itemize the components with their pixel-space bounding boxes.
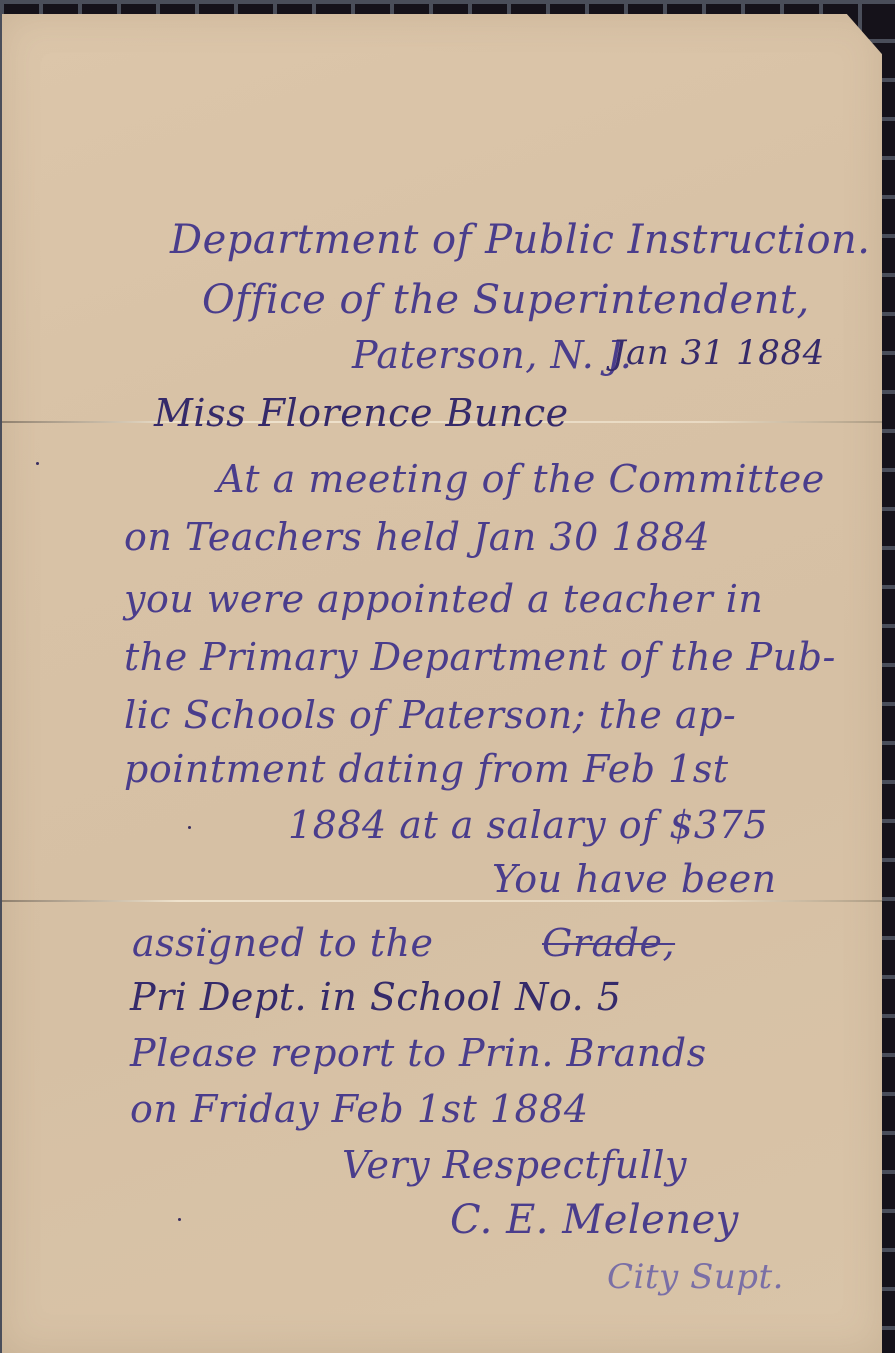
ink-speck — [36, 462, 39, 465]
body-line: You have been — [492, 860, 777, 898]
salutation: Miss Florence Bunce — [154, 394, 569, 432]
body-line: Pri Dept. in School No. 5 — [130, 978, 621, 1016]
closing: Very Respectfully — [342, 1146, 687, 1184]
body-line: At a meeting of the Committee — [217, 460, 825, 498]
body-line: on Teachers held Jan 30 1884 — [124, 518, 710, 556]
letterhead-place: Paterson, N. J. — [352, 336, 632, 374]
letterhead-date: Jan 31 1884 — [612, 336, 825, 370]
letterhead-line-2: Office of the Superintendent, — [202, 280, 810, 320]
body-line: assigned to the — [132, 924, 433, 962]
body-line: lic Schools of Paterson; the ap- — [124, 696, 736, 734]
ink-speck — [208, 930, 211, 933]
letter-paper: Department of Public Instruction. Office… — [2, 14, 882, 1353]
signature-title: City Supt. — [607, 1260, 784, 1294]
body-line: pointment dating from Feb 1st — [124, 750, 729, 788]
body-line: the Primary Department of the Pub- — [124, 638, 836, 676]
ink-speck — [188, 826, 191, 829]
body-line: Please report to Prin. Brands — [130, 1034, 707, 1072]
letterhead-line-1: Department of Public Instruction. — [170, 220, 871, 260]
struck-word: Grade, — [542, 924, 675, 962]
body-line: on Friday Feb 1st 1884 — [130, 1090, 589, 1128]
body-line: you were appointed a teacher in — [124, 580, 763, 618]
ink-speck — [178, 1218, 181, 1221]
body-line: 1884 at a salary of $375 — [288, 806, 768, 844]
signature: C. E. Meleney — [450, 1200, 739, 1240]
